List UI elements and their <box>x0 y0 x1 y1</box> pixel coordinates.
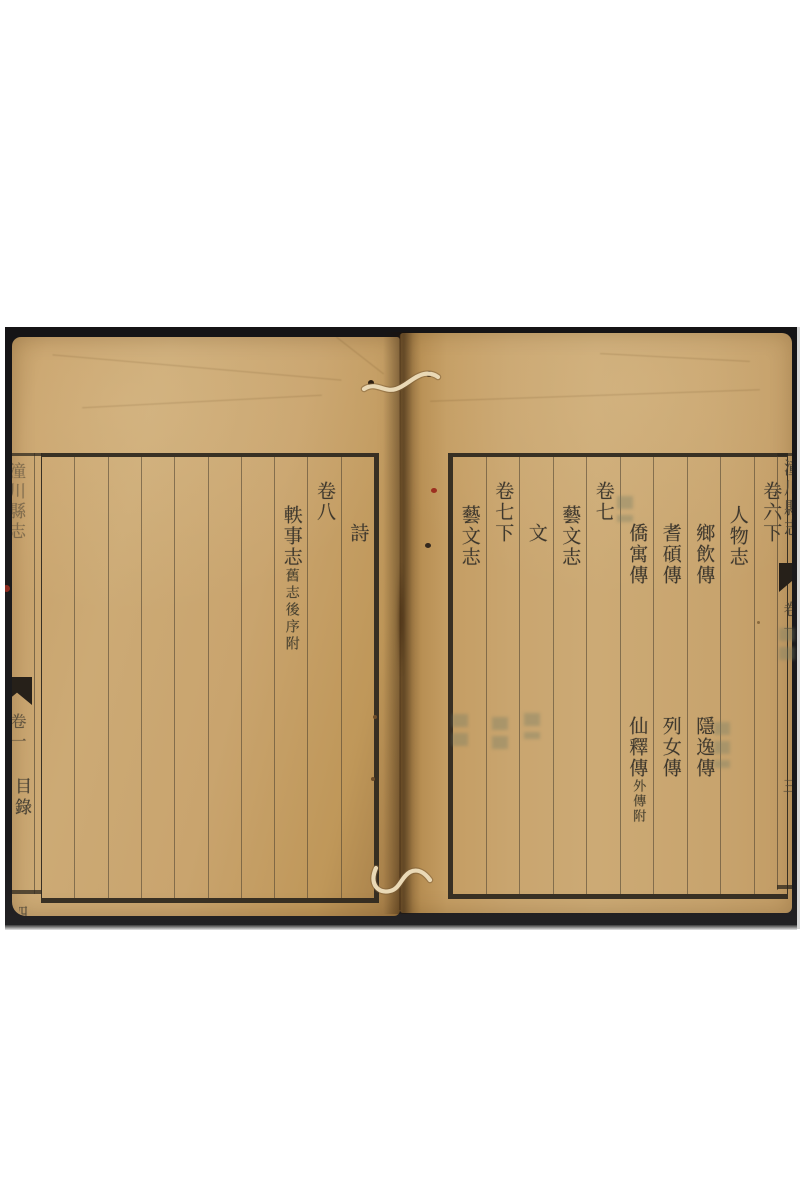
toc-entry: 鄉飲傳 <box>694 523 713 586</box>
toc-column <box>42 457 75 898</box>
toc-entry: 人物志 <box>728 505 747 568</box>
toc-entry: 僑寓傳 <box>627 523 646 586</box>
chapter-label: 卷一 <box>12 713 25 753</box>
toc-column <box>209 457 242 898</box>
toc-column: 文 <box>520 457 554 894</box>
toc-column: 卷七下 <box>487 457 521 894</box>
toc-column: 藝文志 <box>554 457 588 894</box>
toc-column: 卷七 <box>587 457 621 894</box>
toc-entry: 卷八 <box>315 481 334 523</box>
left-margin-strip: 潼川縣志 卷一 目錄 四 <box>12 453 35 894</box>
red-speck <box>5 585 10 592</box>
page-number: 三 <box>782 778 792 795</box>
toc-column: 藝文志 <box>453 457 487 894</box>
chapter-label: 卷一 <box>782 601 792 641</box>
toc-column: 卷八 <box>308 457 341 898</box>
left-page-frame: 詩卷八軼事志舊志後序附 <box>41 453 379 903</box>
toc-entry-lower: 列女傳 <box>661 716 680 779</box>
toc-column: 詩 <box>342 457 374 898</box>
screenshot: 潼川縣志 卷一 目錄 四 詩卷八軼事志舊志後序附 卷六下人物志鄉飲傳隱逸傳耆碩傳… <box>0 0 800 1191</box>
toc-entry-lower: 隱逸傳 <box>694 716 713 779</box>
toc-entry-note: 舊志後序附 <box>284 568 300 653</box>
toc-column: 人物志 <box>721 457 755 894</box>
book-title: 潼川縣志 <box>12 462 23 542</box>
toc-entry: 軼事志舊志後序附 <box>282 505 301 653</box>
toc-column <box>242 457 275 898</box>
fishtail-mark <box>12 677 32 705</box>
right-margin-strip: 潼川縣志 卷一 三 <box>777 453 792 890</box>
toc-entry: 藝文志 <box>560 505 579 568</box>
book-scan-photo: 潼川縣志 卷一 目錄 四 詩卷八軼事志舊志後序附 卷六下人物志鄉飲傳隱逸傳耆碩傳… <box>5 327 797 929</box>
fishtail-mark <box>779 563 792 592</box>
toc-entry: 耆碩傳 <box>661 523 680 586</box>
toc-column: 軼事志舊志後序附 <box>275 457 308 898</box>
left-page: 潼川縣志 卷一 目錄 四 詩卷八軼事志舊志後序附 <box>12 337 400 916</box>
toc-column <box>175 457 208 898</box>
toc-entry: 詩 <box>348 523 367 544</box>
right-page-frame: 卷六下人物志鄉飲傳隱逸傳耆碩傳列女傳僑寓傳仙釋傳外傳附卷七藝文志文卷七下藝文志 <box>448 453 788 899</box>
section-label: 目錄 <box>12 777 29 819</box>
toc-entry: 藝文志 <box>460 505 479 568</box>
toc-column <box>75 457 108 898</box>
toc-entry: 卷七 <box>594 481 613 523</box>
toc-column: 僑寓傳仙釋傳外傳附 <box>621 457 655 894</box>
toc-entry: 文 <box>527 523 546 544</box>
photo-edge <box>5 925 797 930</box>
toc-column: 鄉飲傳隱逸傳 <box>688 457 722 894</box>
toc-entry-note: 外傳附 <box>630 779 645 824</box>
book-title: 潼川縣志 <box>781 459 792 539</box>
page-number: 四 <box>19 905 27 916</box>
toc-column <box>109 457 142 898</box>
toc-entry: 卷七下 <box>493 481 512 544</box>
toc-entry-lower: 仙釋傳外傳附 <box>627 716 646 824</box>
toc-column <box>142 457 175 898</box>
right-page: 卷六下人物志鄉飲傳隱逸傳耆碩傳列女傳僑寓傳仙釋傳外傳附卷七藝文志文卷七下藝文志 … <box>400 333 792 913</box>
toc-column: 耆碩傳列女傳 <box>654 457 688 894</box>
